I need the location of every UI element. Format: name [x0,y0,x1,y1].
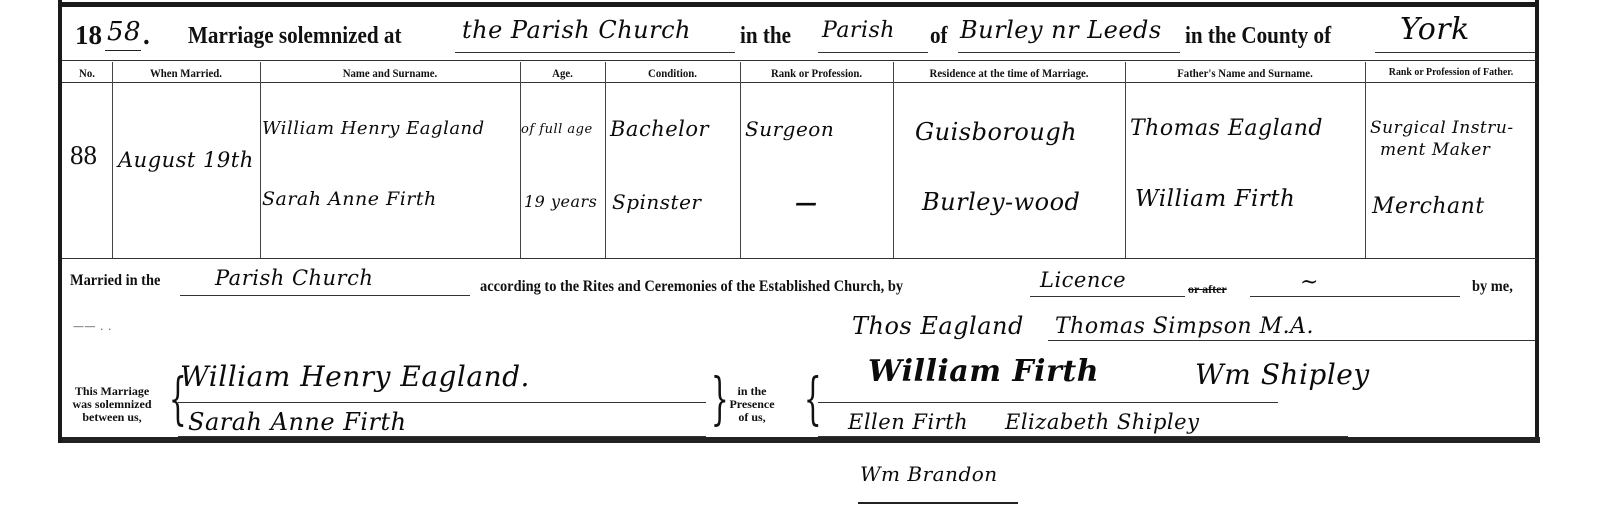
left-margin-mark: —— . . [73,320,112,333]
footer-signature-underline [858,502,1018,504]
col-header-residence: Residence at the time of Marriage. [905,66,1114,81]
col-divider [520,62,521,258]
when-married-value: August 19th [118,148,254,172]
col-divider [1125,62,1126,258]
county-label: in the County of [1185,23,1331,50]
of-label: of [930,23,948,50]
solemnized-at-label: Marriage solemnized at [188,23,401,50]
bride-residence: Burley-wood [922,188,1080,216]
bride-rank: — [795,190,818,216]
col-header-age: Age. [524,66,601,81]
married-in-value: Parish Church [215,266,373,290]
or-after-line [1250,296,1460,297]
or-after-label: or after [1188,282,1227,297]
solemnized-at-line [455,52,735,53]
entry-number: 88 [70,140,97,171]
married-in-line [180,295,470,296]
groom-signature-line [178,402,706,403]
footer-signature: Wm Brandon [860,462,998,486]
year-prefix: 18 [75,20,102,51]
parish-type-line [818,52,928,53]
col-header-condition: Condition. [612,66,734,81]
presence-label-line3: of us, [722,411,782,424]
groom-age: of full age [521,122,593,137]
col-divider [112,62,113,258]
parish-name-line [958,52,1180,53]
between-us-label: This Marriage was solemnized between us, [62,385,162,424]
groom-father-rank-line2: ment Maker [1380,140,1490,160]
between-label-line3: between us, [62,411,162,424]
solemnized-at-value: the Parish Church [462,16,691,44]
bride-signature: Sarah Anne Firth [188,408,407,436]
groom-signature: William Henry Eagland. [180,360,530,393]
col-divider [893,62,894,258]
header-bottom-line [62,82,1537,83]
col-divider [260,62,261,258]
presence-label: in the Presence of us, [722,385,782,424]
col-header-father-rank: Rank or Profession of Father. [1374,66,1529,78]
officiant-line [1048,340,1535,341]
groom-father-rank-line1: Surgical Instru- [1370,118,1514,138]
table-top-line [62,60,1537,61]
right-brace-open: { [804,370,822,430]
bride-father-name: William Firth [1135,186,1295,212]
witness-upper-line [818,402,1278,403]
witness-1-signature: Thos Eagland [852,312,1024,340]
bride-age: 19 years [524,192,597,211]
married-in-label: Married in the [70,272,160,290]
parish-type-value: Parish [822,18,895,43]
col-divider [1365,62,1366,258]
col-header-when-married: When Married. [119,66,252,81]
year-suffix-handwritten: 58 [107,17,141,47]
witness-5-signature: Elizabeth Shipley [1005,410,1199,434]
groom-condition: Bachelor [610,117,709,141]
bride-father-rank: Merchant [1372,194,1485,219]
bride-name: Sarah Anne Firth [262,188,437,210]
by-value: Licence [1040,268,1126,292]
groom-name: William Henry Eagland [262,118,485,139]
witness-2-signature: William Firth [868,354,1099,389]
or-after-value: ~ [1300,270,1319,295]
col-header-no: No. [65,66,110,81]
in-the-label: in the [740,23,791,50]
by-me-label: by me, [1472,278,1513,296]
col-divider [605,62,606,258]
year-dot: . [143,20,150,51]
groom-rank: Surgeon [745,117,834,141]
witness-4-signature: Ellen Firth [848,410,968,434]
groom-father-name: Thomas Eagland [1130,116,1323,141]
col-header-rank: Rank or Profession. [748,66,886,81]
bride-condition: Spinster [612,190,701,214]
col-divider [740,62,741,258]
parish-name-value: Burley nr Leeds [960,16,1162,44]
by-line [1030,296,1185,297]
groom-residence: Guisborough [915,118,1077,146]
county-value: York [1400,12,1470,47]
year-underline [105,50,141,51]
col-header-name: Name and Surname. [273,66,507,81]
bottom-border-rule [62,437,1540,443]
county-line [1375,52,1535,53]
officiant-signature: Thomas Simpson M.A. [1055,314,1314,339]
witness-3-signature: Wm Shipley [1195,358,1370,391]
rites-label: according to the Rites and Ceremonies of… [480,278,903,296]
col-header-father-name: Father's Name and Surname. [1137,66,1353,81]
table-bottom-line [62,258,1537,259]
